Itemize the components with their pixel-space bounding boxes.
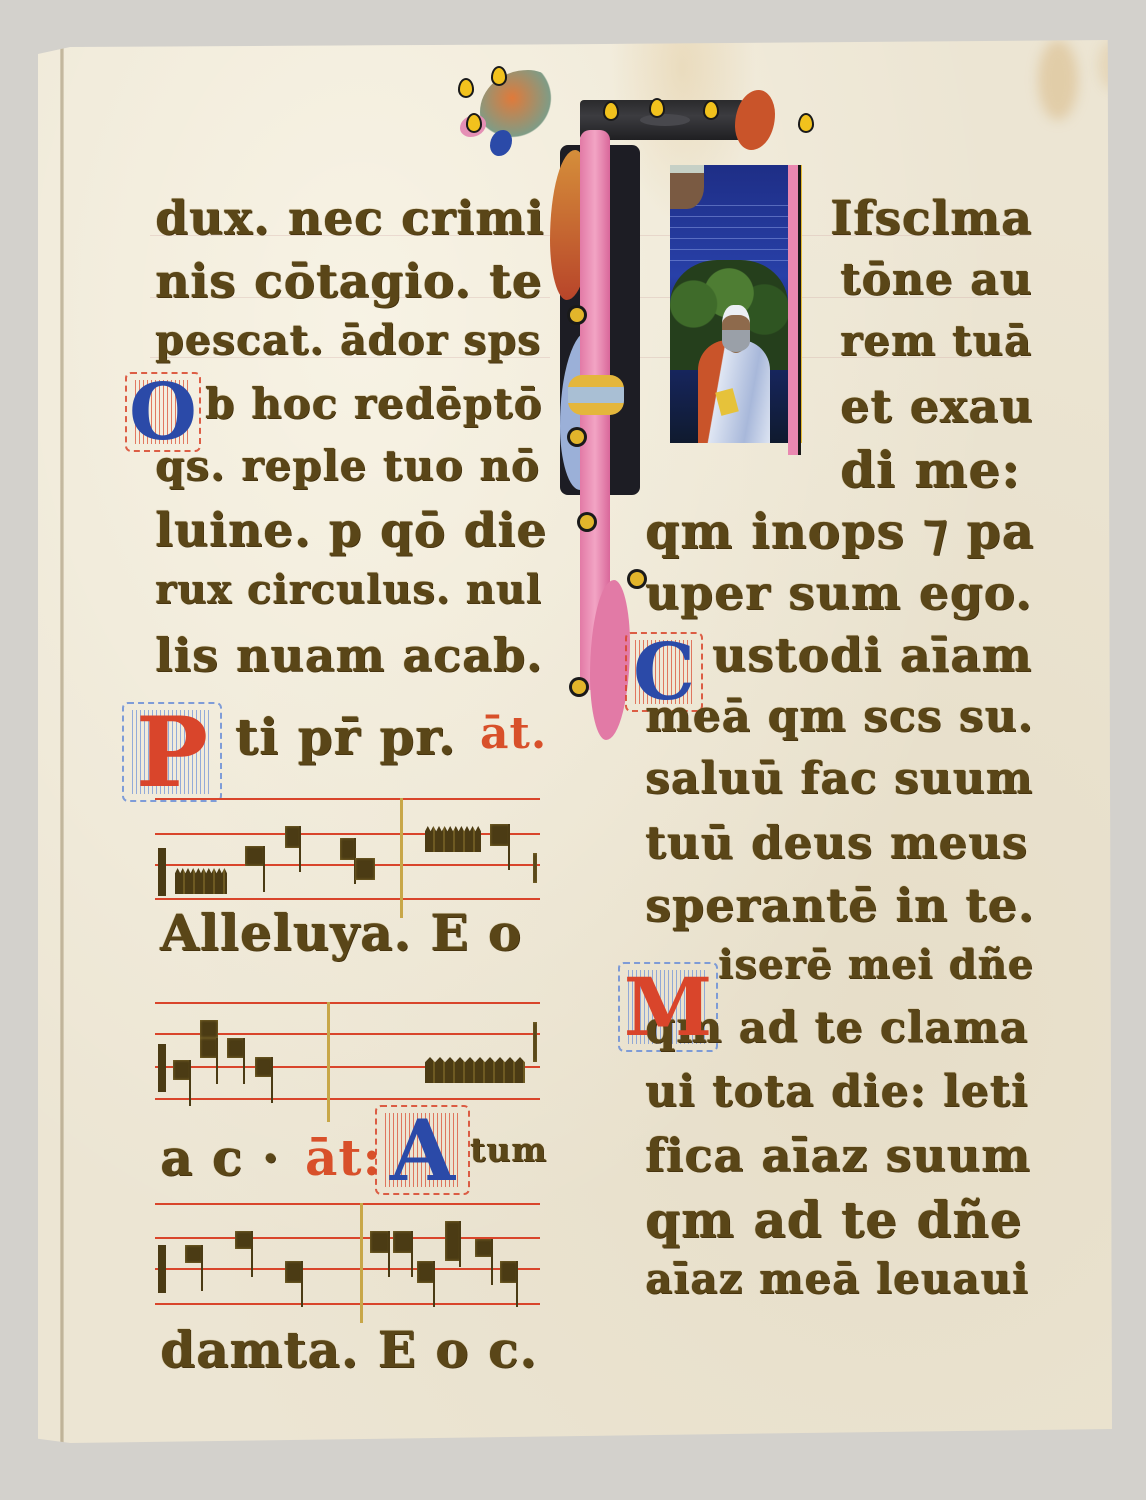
miniature-prophet-scene bbox=[670, 165, 802, 443]
decorated-initial-a: A bbox=[375, 1105, 470, 1195]
text-line: et exau bbox=[840, 383, 1033, 429]
text-line-alleluia: Alleluya. E o bbox=[160, 908, 522, 958]
prophet-robe bbox=[698, 340, 770, 443]
text-line: rem tuā bbox=[840, 320, 1032, 362]
decorated-initial-o: O bbox=[125, 372, 201, 452]
text-line: ti pr̄ pr. bbox=[235, 712, 456, 762]
gutter-fold bbox=[60, 40, 64, 1443]
text-line: tuū deus meus bbox=[645, 820, 1028, 865]
rubric-antiphon-marker: āt: bbox=[305, 1133, 382, 1183]
text-line: iserē mei dñe bbox=[718, 945, 1034, 985]
gold-flame-ornament bbox=[460, 80, 472, 96]
gold-flame-ornament bbox=[705, 102, 717, 118]
text-line: tum bbox=[470, 1133, 547, 1166]
gold-flame-ornament bbox=[651, 100, 663, 116]
gold-flame-ornament bbox=[493, 68, 505, 84]
text-line: ustodi aīam bbox=[712, 632, 1032, 679]
gold-bezant bbox=[570, 430, 584, 444]
acanthus-leaf bbox=[480, 70, 560, 140]
gold-bezant bbox=[580, 515, 594, 529]
god-face bbox=[670, 165, 704, 209]
gold-flame-ornament bbox=[800, 115, 812, 131]
gold-bezant bbox=[630, 572, 644, 586]
gold-flame-ornament bbox=[468, 115, 480, 131]
text-line: sperantē in te. bbox=[645, 882, 1035, 928]
stain bbox=[1098, 40, 1128, 90]
historiated-initial-t bbox=[430, 60, 670, 710]
initial-knop bbox=[568, 375, 624, 415]
text-line: uper sum ego. bbox=[645, 570, 1032, 617]
text-line: tōne au bbox=[840, 258, 1032, 302]
text-line: fica aīaz suum bbox=[645, 1132, 1031, 1178]
rubric-antiphon-marker: āt. bbox=[480, 712, 547, 756]
decorated-initial-m: M bbox=[618, 962, 718, 1052]
initial-border bbox=[788, 165, 801, 455]
text-line: di me: bbox=[840, 445, 1021, 495]
decorated-initial-c: C bbox=[625, 632, 703, 712]
text-line: ui tota die: leti bbox=[645, 1070, 1029, 1114]
gold-bezant bbox=[570, 308, 584, 322]
text-line: aīaz meā leuaui bbox=[645, 1258, 1029, 1300]
music-staff-2 bbox=[155, 1002, 540, 1100]
decorated-initial-p: P bbox=[122, 702, 222, 802]
text-line: a c · bbox=[160, 1133, 280, 1183]
text-line: qm ad te dñe bbox=[645, 1195, 1022, 1245]
text-line: meā qm scs su. bbox=[645, 695, 1034, 739]
stain bbox=[1038, 40, 1078, 120]
gold-bezant bbox=[572, 680, 586, 694]
text-line: Ifsclma bbox=[830, 195, 1032, 242]
text-line: damta. E o c. bbox=[160, 1325, 538, 1375]
music-staff-1 bbox=[155, 798, 540, 900]
text-line: saluū fac suum bbox=[645, 757, 1033, 801]
music-staff-3 bbox=[155, 1203, 540, 1305]
text-line: qm inops ⁊ pa bbox=[645, 507, 1034, 556]
gold-flame-ornament bbox=[605, 103, 617, 119]
